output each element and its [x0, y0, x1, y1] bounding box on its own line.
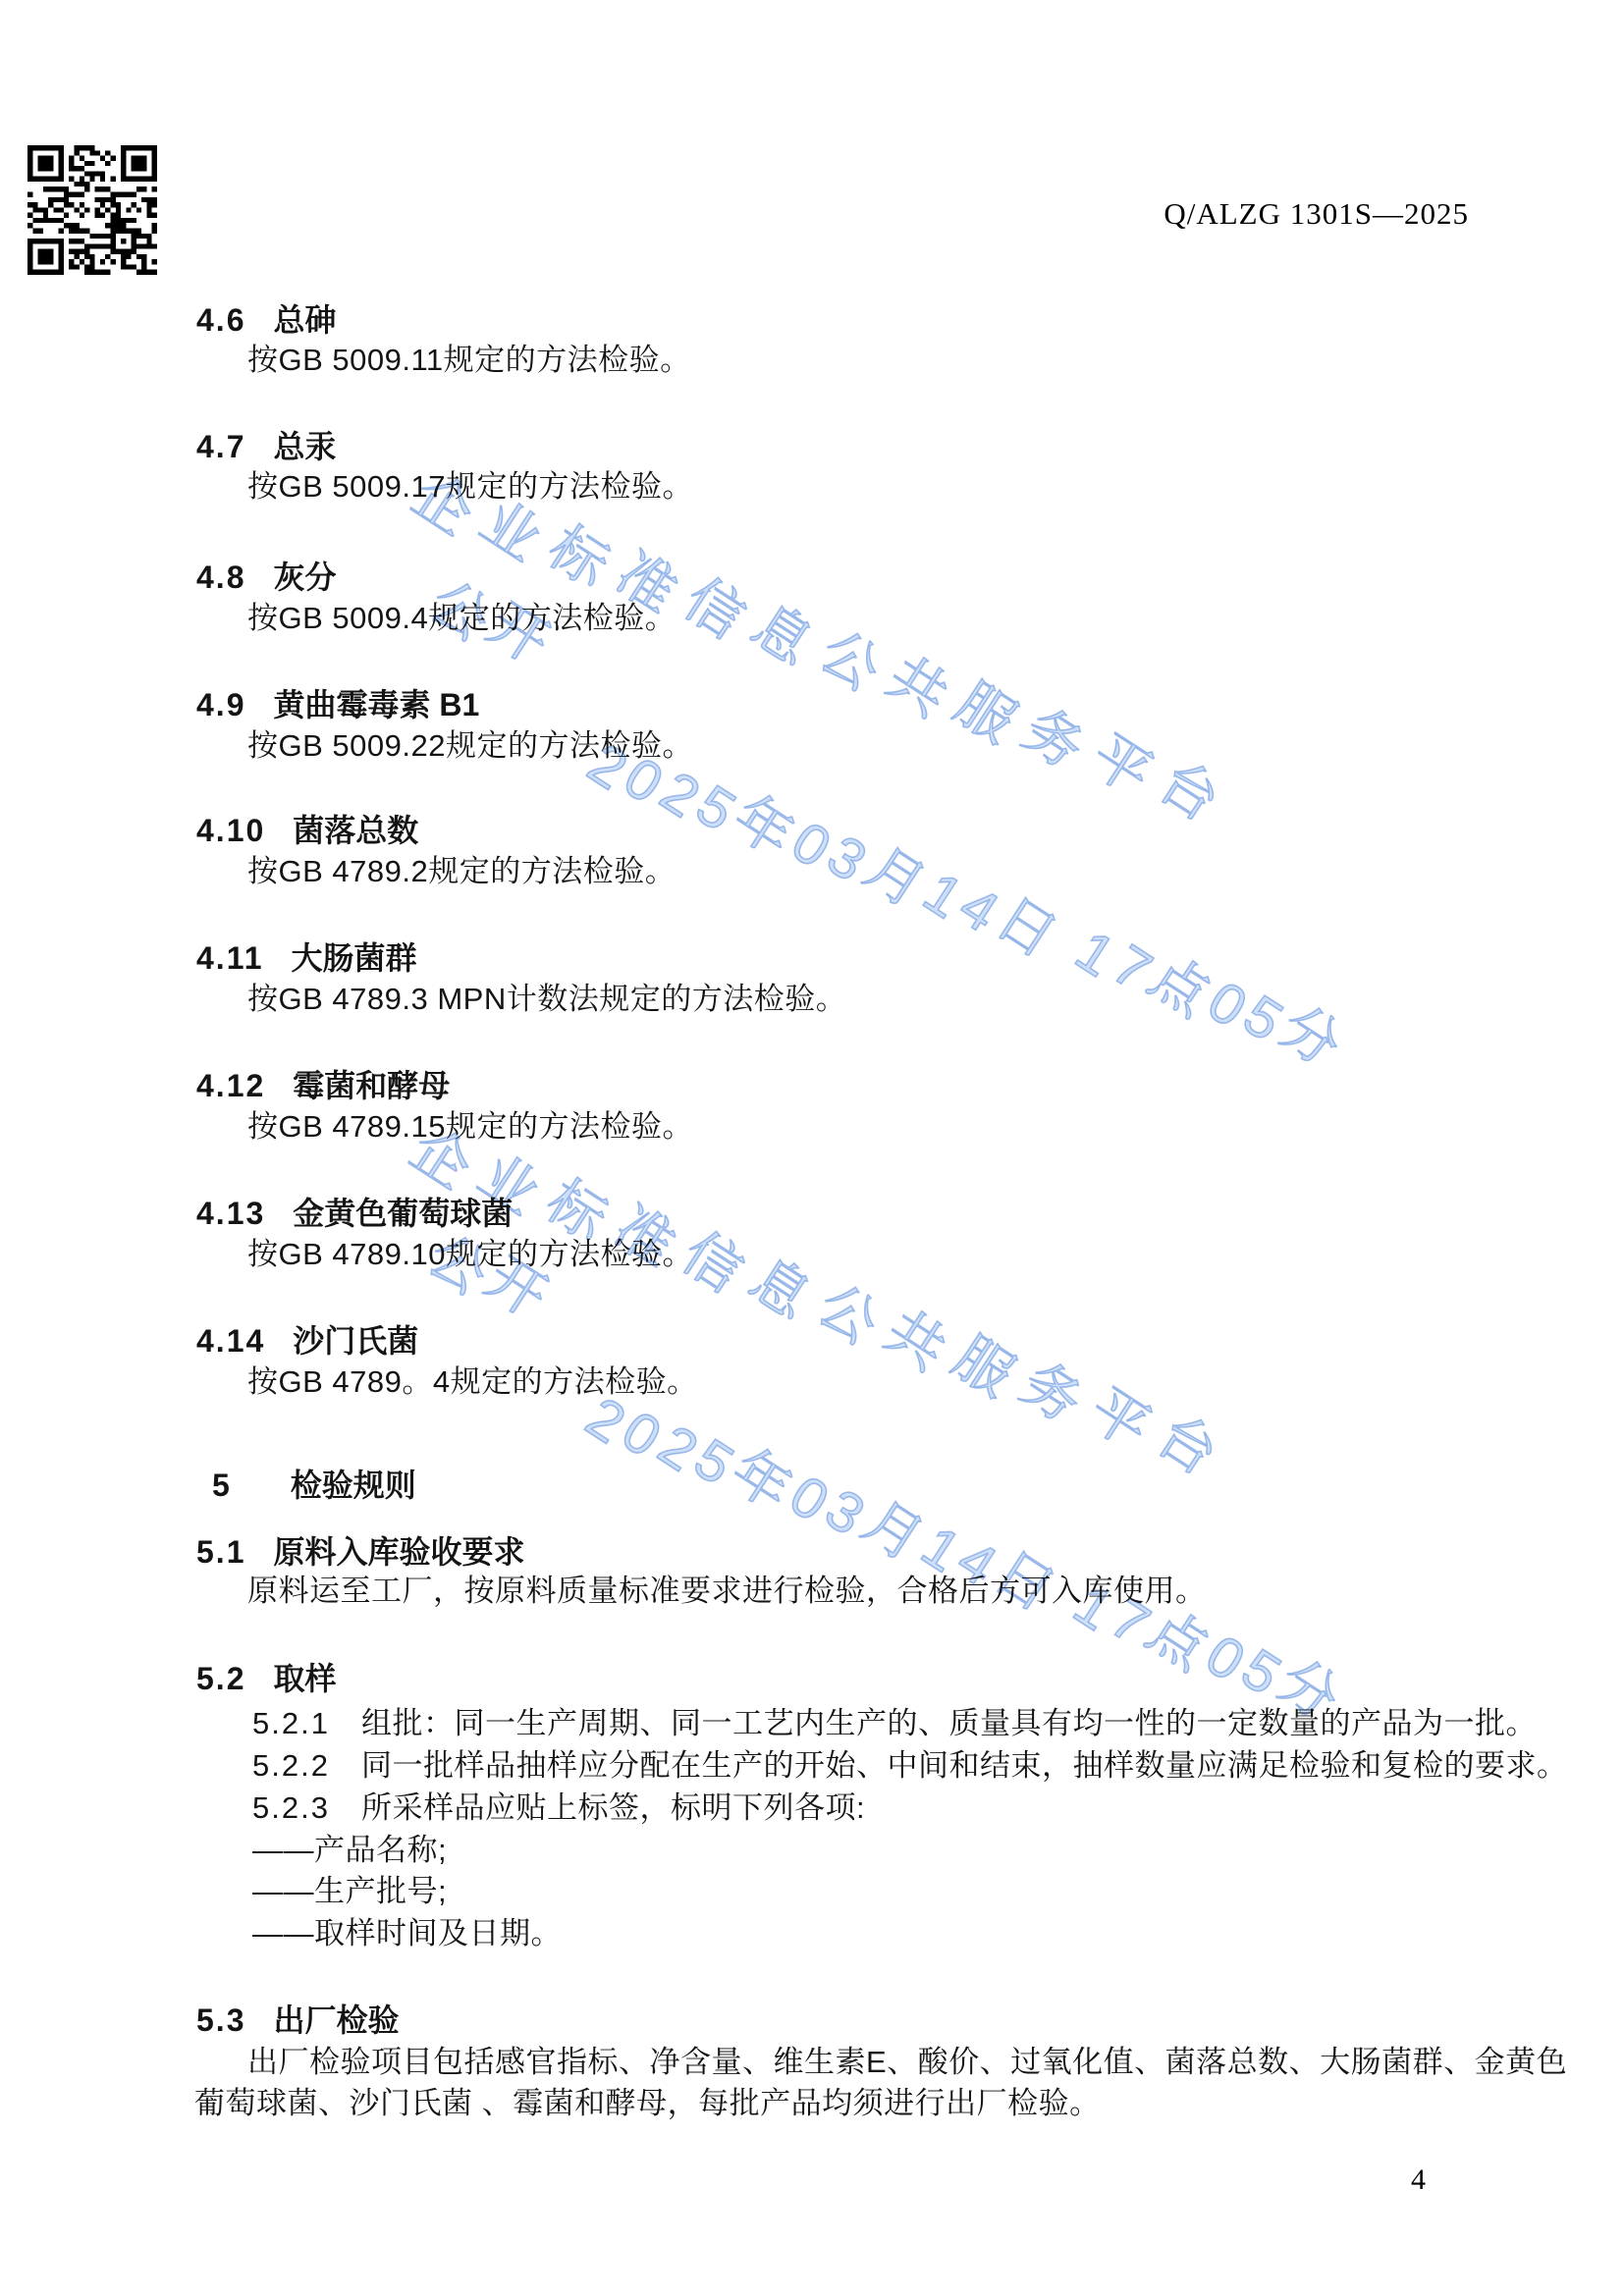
- section-title: 黄曲霉毒素 B1: [273, 687, 479, 723]
- section-number: 4.10: [196, 813, 265, 849]
- section-title: 金黄色葡萄球菌: [293, 1196, 513, 1232]
- dash-item-sampling-time: ——取样时间及日期。: [252, 1915, 562, 1951]
- section-number: 4.9: [196, 687, 245, 723]
- section-title: 总砷: [273, 302, 336, 339]
- section-heading-4-11: 4.11 大肠菌群: [196, 940, 417, 977]
- section-body-4-11: 按GB 4789.3 MPN计数法规定的方法检验。: [247, 981, 846, 1017]
- section-heading-4-12: 4.12 霉菌和酵母: [196, 1068, 450, 1104]
- section-number: 5.3: [196, 2002, 245, 2039]
- section-body-5-3-line1: 出厂检验项目包括感官指标、净含量、维生素E、酸价、过氧化值、菌落总数、大肠菌群、…: [247, 2044, 1567, 2080]
- section-heading-5-3: 5.3 出厂检验: [196, 2002, 400, 2039]
- section-number: 5.1: [196, 1534, 245, 1571]
- dash-item-product-name: ——产品名称;: [252, 1832, 447, 1868]
- section-number: 4.6: [196, 302, 245, 339]
- section-heading-5-2: 5.2 取样: [196, 1661, 337, 1697]
- section-heading-4-6: 4.6 总砷: [196, 302, 337, 339]
- section-body-4-7: 按GB 5009.17规定的方法检验。: [247, 468, 693, 505]
- section-body-4-9: 按GB 5009.22规定的方法检验。: [247, 727, 693, 764]
- section-heading-4-10: 4.10 菌落总数: [196, 813, 418, 849]
- section-body-4-6: 按GB 5009.11规定的方法检验。: [247, 342, 691, 378]
- section-body-4-8: 按GB 5009.4规定的方法检验。: [247, 600, 676, 636]
- clause-5-2-1: 5.2.1 组批：同一生产周期、同一工艺内生产的、质量具有均一性的一定数量的产品…: [252, 1705, 1537, 1741]
- watermark-date-text: 2025年03月14日 17点05分: [573, 1372, 1358, 1746]
- qr-code-icon: [27, 145, 157, 275]
- section-title: 沙门氏菌: [293, 1323, 418, 1360]
- clause-5-2-2: 5.2.2 同一批样品抽样应分配在生产的开始、中间和结束，抽样数量应满足检验和复…: [252, 1747, 1567, 1784]
- section-number: 4.13: [196, 1196, 265, 1232]
- section-number: 4.8: [196, 560, 245, 596]
- clause-text: 组批：同一生产周期、同一工艺内生产的、质量具有均一性的一定数量的产品为一批。: [361, 1705, 1537, 1741]
- section-number: 4.14: [196, 1323, 265, 1360]
- section-title: 霉菌和酵母: [293, 1068, 450, 1104]
- document-page: 企业标准信息公共服务平台 公开 2025年03月14日 17点05分 企业标准信…: [0, 0, 1624, 2296]
- clause-5-2-3: 5.2.3 所采样品应贴上标签，标明下列各项:: [252, 1789, 865, 1826]
- section-number: 5.2: [196, 1661, 245, 1697]
- section-body-4-14: 按GB 4789。4规定的方法检验。: [247, 1363, 698, 1400]
- section-body-4-10: 按GB 4789.2规定的方法检验。: [247, 853, 676, 889]
- section-heading-4-14: 4.14 沙门氏菌: [196, 1323, 418, 1360]
- clause-number: 5.2.1: [252, 1705, 330, 1741]
- section-title: 原料入库验收要求: [273, 1534, 524, 1571]
- watermark-platform-text: 企业标准信息公共服务平台: [397, 1107, 1424, 1575]
- clause-number: 5.2.2: [252, 1747, 330, 1784]
- section-heading-5-1: 5.1 原料入库验收要求: [196, 1534, 525, 1571]
- watermark-date-text: 2025年03月14日 17点05分: [575, 719, 1360, 1093]
- clause-text: 同一批样品抽样应分配在生产的开始、中间和结束，抽样数量应满足检验和复检的要求。: [361, 1747, 1568, 1784]
- section-body-4-12: 按GB 4789.15规定的方法检验。: [247, 1108, 693, 1145]
- section-heading-4-13: 4.13 金黄色葡萄球菌: [196, 1196, 513, 1232]
- section-title: 总汞: [273, 429, 336, 465]
- chapter-heading-5: 5 检验规则: [212, 1468, 416, 1504]
- section-title: 灰分: [273, 560, 336, 596]
- clause-number: 5.2.3: [252, 1789, 330, 1826]
- section-title: 取样: [273, 1661, 336, 1697]
- section-title: 菌落总数: [293, 813, 418, 849]
- section-heading-4-7: 4.7 总汞: [196, 429, 337, 465]
- section-title: 大肠菌群: [292, 940, 417, 977]
- section-number: 4.11: [196, 940, 264, 977]
- section-body-5-3-line2: 葡萄球菌、沙门氏菌 、霉菌和酵母，每批产品均须进行出厂检验。: [194, 2085, 1101, 2121]
- section-body-5-1: 原料运至工厂，按原料质量标准要求进行检验，合格后方可入库使用。: [247, 1573, 1207, 1609]
- dash-item-batch-number: ——生产批号;: [252, 1873, 447, 1909]
- chapter-title: 检验规则: [291, 1468, 416, 1504]
- section-body-4-13: 按GB 4789.10规定的方法检验。: [247, 1236, 693, 1272]
- watermark-platform-text: 企业标准信息公共服务平台: [399, 454, 1426, 921]
- section-heading-4-8: 4.8 灰分: [196, 560, 337, 596]
- doc-number: Q/ALZG 1301S—2025: [1164, 196, 1469, 232]
- section-heading-4-9: 4.9 黄曲霉毒素 B1: [196, 687, 479, 723]
- section-title: 出厂检验: [273, 2002, 399, 2039]
- chapter-number: 5: [212, 1468, 232, 1504]
- clause-text: 所采样品应贴上标签，标明下列各项:: [361, 1789, 865, 1826]
- section-number: 4.7: [196, 429, 245, 465]
- page-number: 4: [1411, 2163, 1426, 2197]
- section-number: 4.12: [196, 1068, 265, 1104]
